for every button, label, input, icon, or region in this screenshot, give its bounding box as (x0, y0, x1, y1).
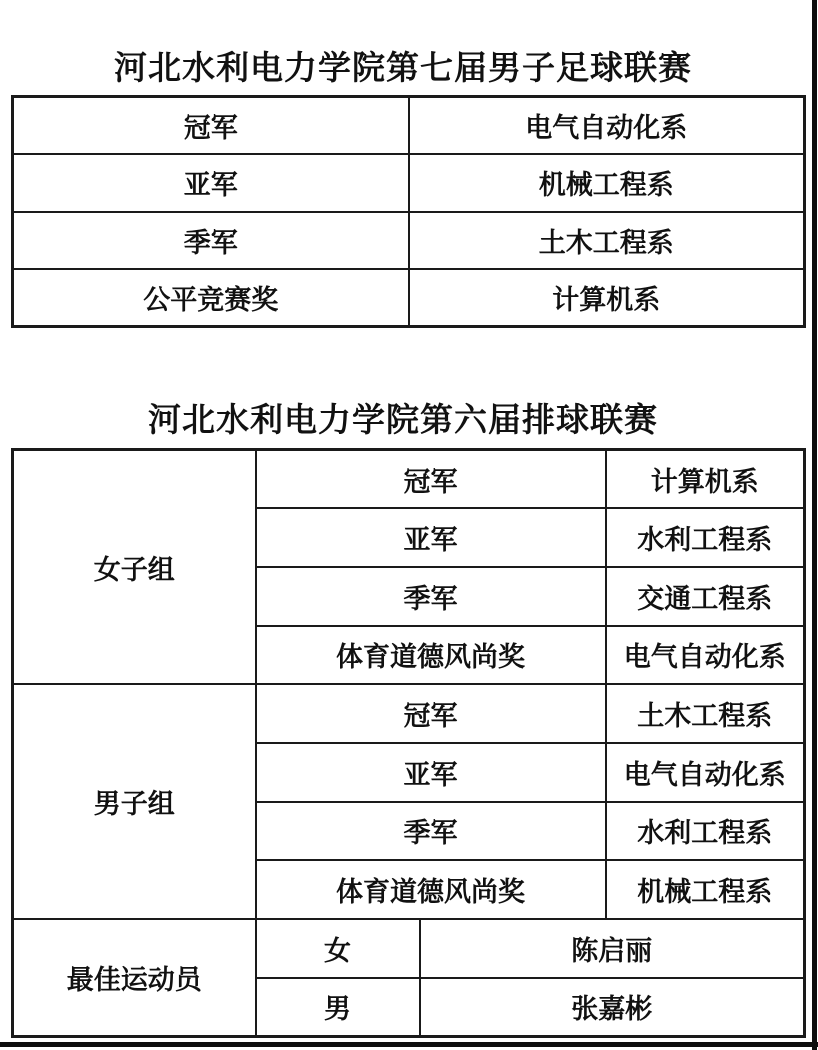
award-cell: 亚军 (256, 743, 606, 802)
award-cell: 季军 (256, 802, 606, 861)
department-cell: 计算机系 (606, 450, 805, 509)
award-cell: 体育道德风尚奖 (256, 860, 606, 919)
document-page: 河北水利电力学院第七届男子足球联赛 冠军 电气自动化系 亚军 机械工程系 季军 … (0, 0, 818, 1050)
table-row: 最佳运动员 女 陈启丽 (13, 919, 805, 978)
group-cell-men: 男子组 (13, 684, 256, 919)
department-cell: 计算机系 (409, 269, 805, 327)
gender-cell: 女 (256, 919, 420, 978)
department-cell: 交通工程系 (606, 567, 805, 626)
award-cell: 冠军 (13, 97, 409, 155)
table-row: 季军 土木工程系 (13, 212, 805, 270)
table-row: 亚军 机械工程系 (13, 154, 805, 212)
page-edge-line-right (812, 0, 817, 1050)
football-league-title: 河北水利电力学院第七届男子足球联赛 (0, 42, 806, 89)
table-row: 冠军 电气自动化系 (13, 97, 805, 155)
table-row: 女子组 冠军 计算机系 (13, 450, 805, 509)
award-cell: 公平竞赛奖 (13, 269, 409, 327)
award-cell: 季军 (256, 567, 606, 626)
department-cell: 电气自动化系 (606, 743, 805, 802)
table-row: 男子组 冠军 土木工程系 (13, 684, 805, 743)
award-cell: 亚军 (13, 154, 409, 212)
department-cell: 水利工程系 (606, 802, 805, 861)
award-cell: 体育道德风尚奖 (256, 626, 606, 685)
department-cell: 土木工程系 (409, 212, 805, 270)
group-cell-women: 女子组 (13, 450, 256, 685)
athlete-name-cell: 张嘉彬 (420, 978, 805, 1037)
department-cell: 土木工程系 (606, 684, 805, 743)
award-cell: 季军 (13, 212, 409, 270)
department-cell: 水利工程系 (606, 508, 805, 567)
award-cell: 亚军 (256, 508, 606, 567)
gender-cell: 男 (256, 978, 420, 1037)
volleyball-league-title: 河北水利电力学院第六届排球联赛 (0, 394, 806, 441)
award-cell: 冠军 (256, 684, 606, 743)
page-edge-line-bottom (0, 1042, 818, 1047)
football-award-table: 冠军 电气自动化系 亚军 机械工程系 季军 土木工程系 公平竞赛奖 计算机系 (11, 95, 806, 328)
athlete-name-cell: 陈启丽 (420, 919, 805, 978)
volleyball-award-table: 女子组 冠军 计算机系 亚军 水利工程系 季军 交通工程系 体育道德风尚奖 电气… (11, 448, 806, 1038)
table-row: 公平竞赛奖 计算机系 (13, 269, 805, 327)
department-cell: 电气自动化系 (409, 97, 805, 155)
department-cell: 机械工程系 (606, 860, 805, 919)
department-cell: 电气自动化系 (606, 626, 805, 685)
award-cell: 冠军 (256, 450, 606, 509)
department-cell: 机械工程系 (409, 154, 805, 212)
best-athlete-label-cell: 最佳运动员 (13, 919, 256, 1036)
